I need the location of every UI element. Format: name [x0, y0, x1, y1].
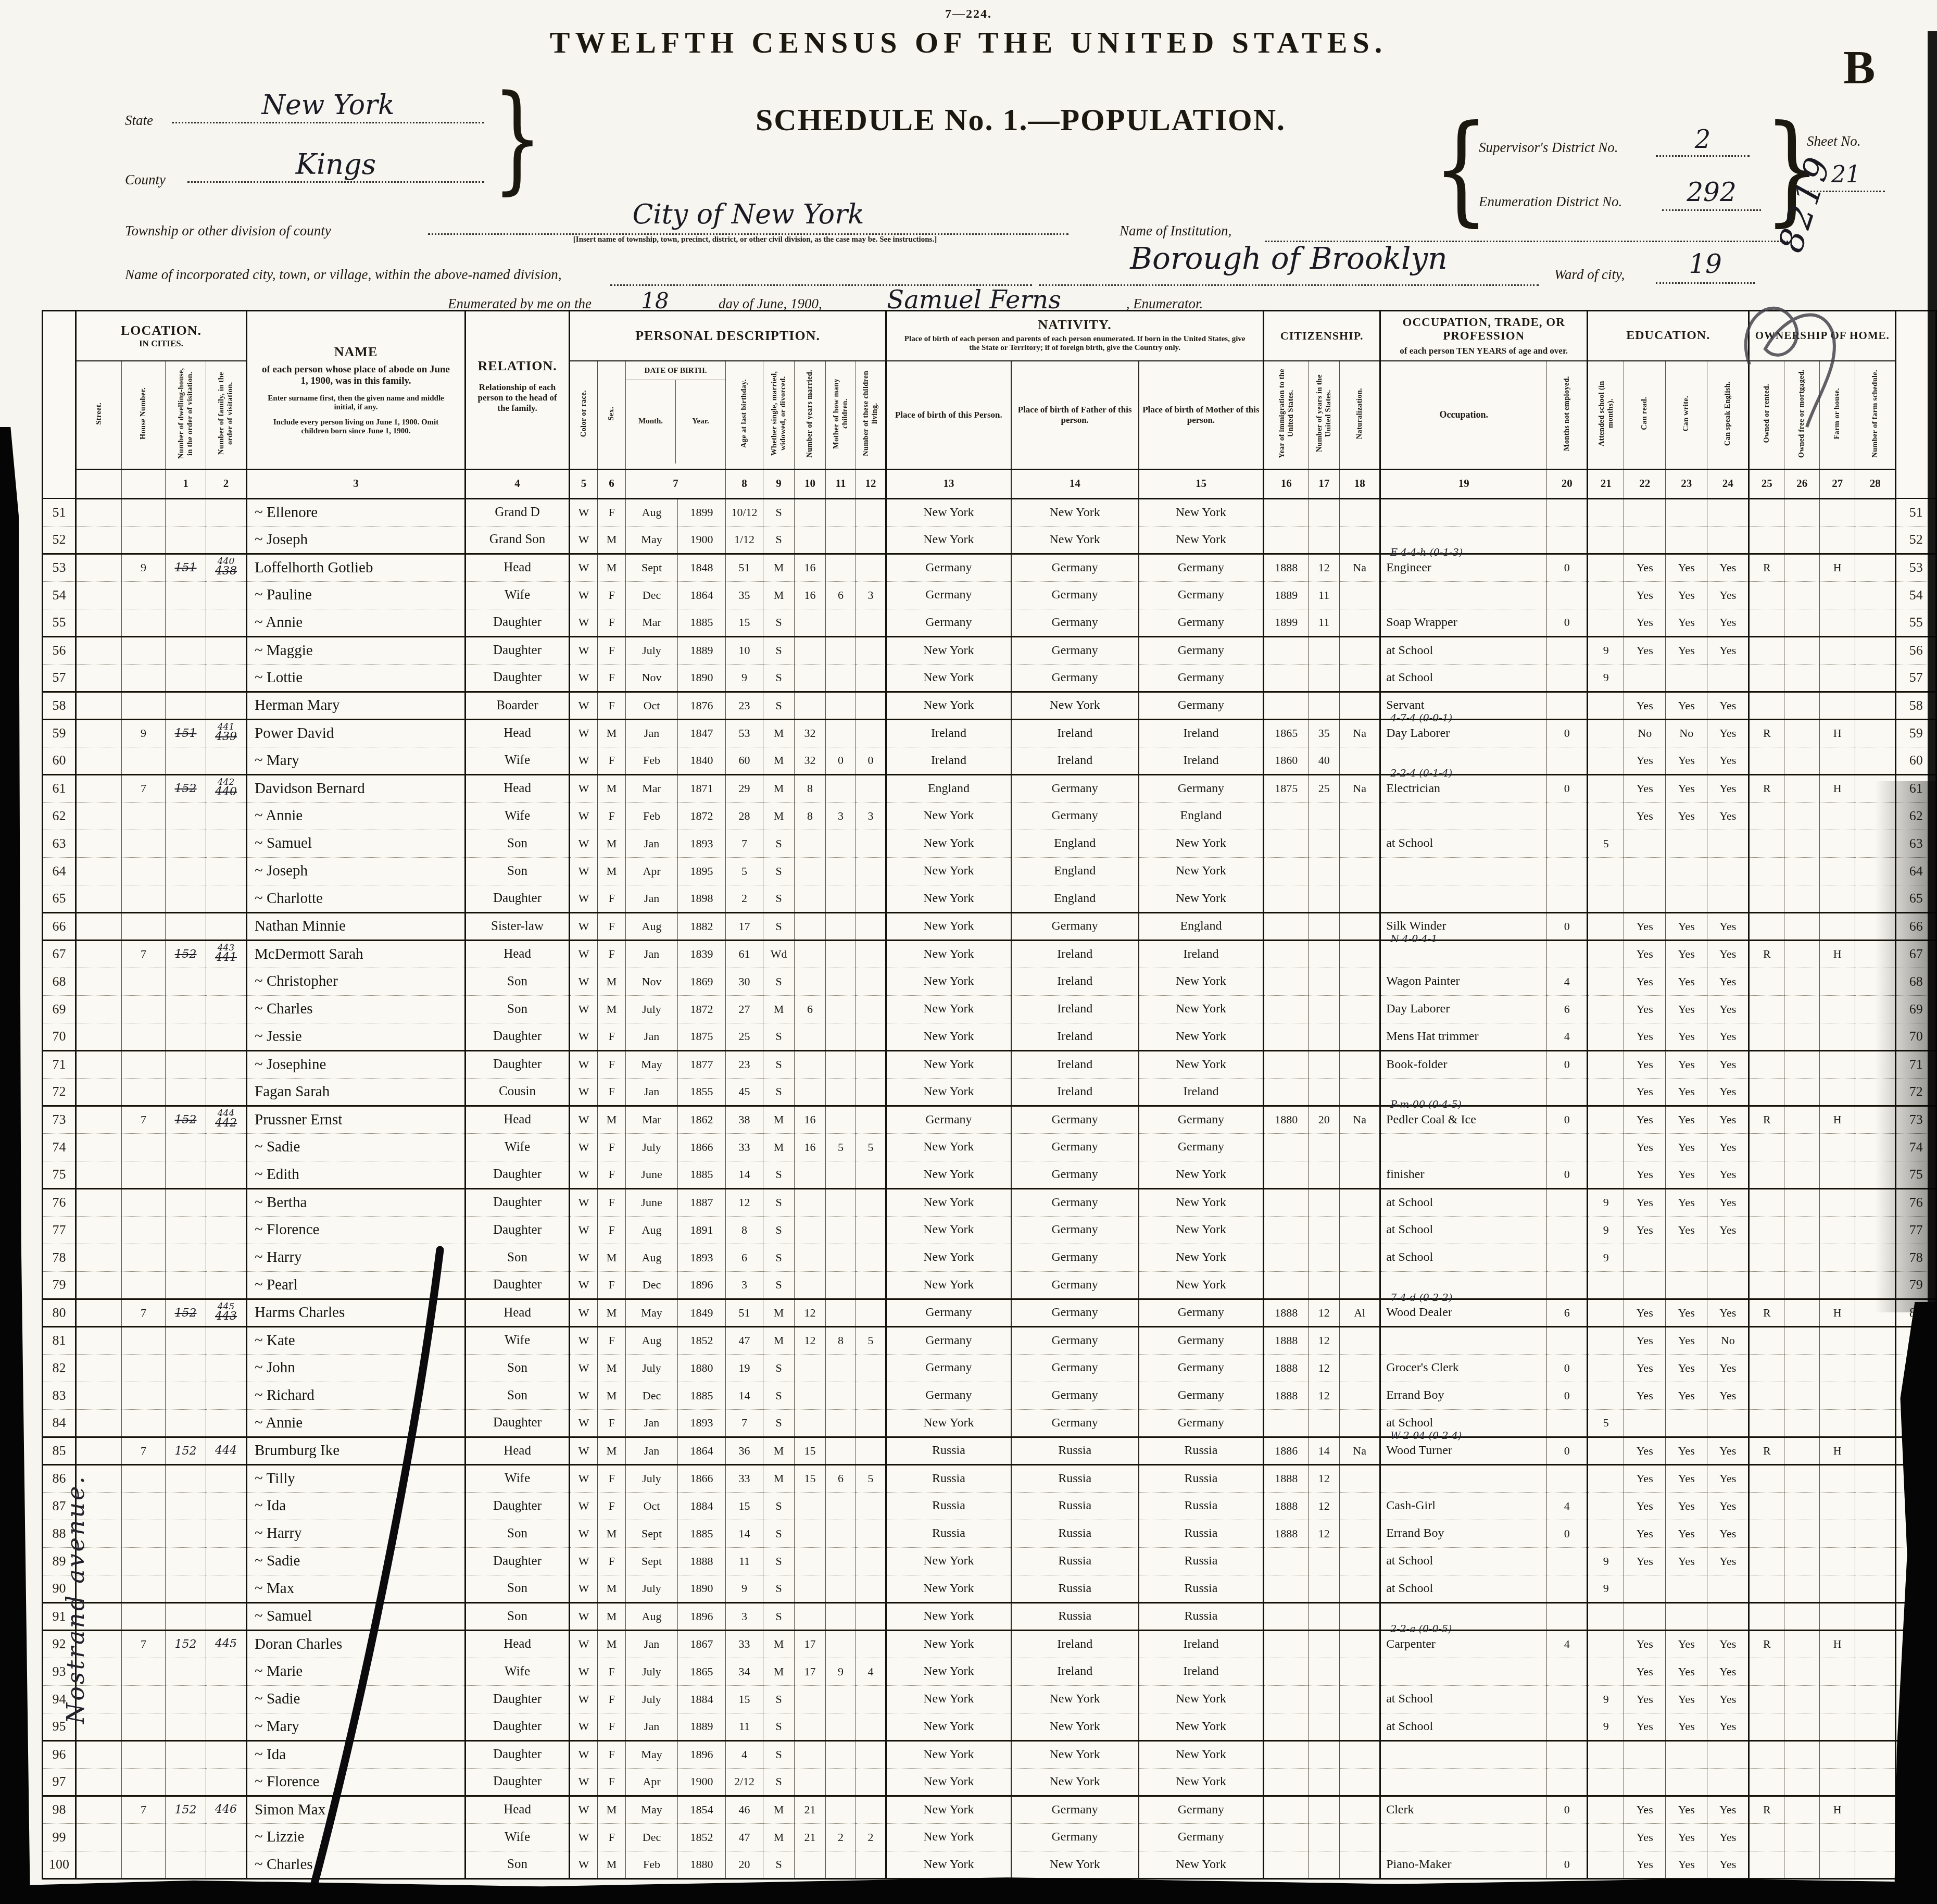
farm-house-cell	[1820, 1575, 1855, 1602]
can-read-cell	[1624, 885, 1666, 912]
children-born-cell	[826, 1188, 856, 1216]
birth-month-cell: Jan	[626, 1713, 678, 1740]
owned-free-mortgaged-cell	[1784, 1133, 1820, 1161]
occupation-cell	[1380, 498, 1547, 526]
birthplace-person-cell: New York	[886, 1216, 1011, 1244]
sex-cell: M	[598, 1575, 626, 1602]
can-write-cell: Yes	[1666, 1299, 1707, 1326]
can-read-cell: Yes	[1624, 1464, 1666, 1492]
age-cell: 36	[726, 1437, 763, 1464]
birth-month-cell: Jan	[626, 1078, 678, 1106]
owned-rented-cell	[1749, 885, 1784, 912]
years-married-cell	[795, 1188, 826, 1216]
marital-status-cell: S	[763, 1520, 795, 1547]
col-farm-house: Farm or house.	[1820, 361, 1855, 469]
table-header: LOCATION. IN CITIES. NAME of each person…	[43, 311, 1936, 499]
years-married-cell	[795, 1602, 826, 1630]
months-not-employed-cell	[1547, 1326, 1588, 1354]
children-born-cell	[826, 857, 856, 885]
age-cell: 30	[726, 968, 763, 995]
naturalization-cell	[1340, 1823, 1380, 1851]
marital-status-cell: M	[763, 1133, 795, 1161]
table-row: 89 ~ Sadie Daughter W F Sept 1888 11 S N…	[43, 1547, 1936, 1575]
years-married-cell	[795, 1023, 826, 1050]
can-speak-english-cell: Yes	[1707, 1188, 1749, 1216]
children-living-cell	[856, 912, 886, 940]
sex-cell: M	[598, 1602, 626, 1630]
children-born-cell	[826, 1382, 856, 1409]
name-desc-3: Include every person living on June 1, 1…	[247, 418, 464, 436]
house-number-cell	[122, 498, 166, 526]
relation-cell: Wife	[466, 581, 570, 609]
birth-month-cell: Sept	[626, 1520, 678, 1547]
birth-month-cell: Feb	[626, 1851, 678, 1878]
birth-month-cell: Mar	[626, 1106, 678, 1133]
children-born-cell	[826, 1740, 856, 1768]
age-cell: 61	[726, 940, 763, 968]
birthplace-mother-cell: Ireland	[1139, 1630, 1264, 1658]
occupation-value: at School	[1386, 1223, 1433, 1236]
name-cell: Brumburg Ike	[247, 1437, 466, 1464]
farm-schedule-cell	[1855, 1354, 1896, 1382]
row-number-left: 76	[43, 1188, 76, 1216]
age-cell: 11	[726, 1547, 763, 1575]
dwelling-number-value: 152	[175, 1638, 197, 1651]
can-speak-english-cell	[1707, 1409, 1749, 1437]
relation-cell: Son	[466, 1602, 570, 1630]
birthplace-mother-cell: New York	[1139, 1851, 1264, 1878]
farm-schedule-cell	[1855, 719, 1896, 747]
years-married-cell: 12	[795, 1299, 826, 1326]
can-speak-english-cell: Yes	[1707, 1106, 1749, 1133]
birthplace-father-cell: Russia	[1011, 1547, 1139, 1575]
can-read-cell	[1624, 664, 1666, 692]
birth-month-cell: Aug	[626, 912, 678, 940]
can-read-cell	[1624, 1740, 1666, 1768]
birthplace-mother-cell: Ireland	[1139, 1658, 1264, 1685]
years-married-cell	[795, 1354, 826, 1382]
family-number-cell	[206, 1409, 247, 1437]
months-not-employed-cell	[1547, 747, 1588, 774]
dwelling-number-value: 152	[175, 948, 197, 961]
occupation-cell: at School	[1380, 636, 1547, 664]
marital-status-cell: S	[763, 1409, 795, 1437]
birth-year-cell: 1899	[678, 498, 726, 526]
nativity-desc: Place of birth of each person and parent…	[887, 333, 1263, 355]
months-not-employed-cell: 0	[1547, 1437, 1588, 1464]
owned-free-label: Owned free or mortgaged.	[1797, 369, 1806, 458]
house-number-label: House Number.	[139, 387, 148, 440]
sex-cell: F	[598, 1161, 626, 1188]
house-number-cell	[122, 1161, 166, 1188]
occupation-value: at School	[1386, 1416, 1433, 1430]
birthplace-person-cell: New York	[886, 526, 1011, 554]
birthplace-mother-cell: New York	[1139, 1161, 1264, 1188]
farm-schedule-cell	[1855, 1326, 1896, 1354]
birth-year-cell: 1898	[678, 885, 726, 912]
owned-free-mortgaged-cell	[1784, 1106, 1820, 1133]
age-cell: 60	[726, 747, 763, 774]
naturalization-cell	[1340, 664, 1380, 692]
months-not-employed-cell	[1547, 1713, 1588, 1740]
age-cell: 7	[726, 830, 763, 857]
county-label: County	[125, 172, 166, 188]
farm-house-cell	[1820, 857, 1855, 885]
dwelling-label: Number of dwelling-house, in the order o…	[177, 365, 194, 462]
can-speak-english-cell	[1707, 526, 1749, 554]
owned-free-mortgaged-cell	[1784, 830, 1820, 857]
occupation-value: at School	[1386, 1554, 1433, 1568]
school-months-cell: 9	[1588, 664, 1624, 692]
months-not-employed-cell: 0	[1547, 912, 1588, 940]
birth-year-cell: 1864	[678, 1437, 726, 1464]
birth-year-cell: 1896	[678, 1602, 726, 1630]
children-born-cell	[826, 1244, 856, 1271]
months-not-employed-cell: 0	[1547, 554, 1588, 581]
years-married-cell	[795, 526, 826, 554]
street-cell	[76, 498, 122, 526]
relation-cell: Head	[466, 774, 570, 802]
can-write-cell: Yes	[1666, 1106, 1707, 1133]
sex-cell: M	[598, 1299, 626, 1326]
birthplace-father-cell: Germany	[1011, 1382, 1139, 1409]
birth-month-cell: Dec	[626, 1271, 678, 1299]
dwelling-number-value: 152	[175, 1445, 197, 1458]
years-in-us-cell	[1309, 526, 1340, 554]
family-number-cell	[206, 1520, 247, 1547]
family-number-cell	[206, 1133, 247, 1161]
can-read-cell: Yes	[1624, 1299, 1666, 1326]
relation-cell: Wife	[466, 1133, 570, 1161]
nativity-title: NATIVITY.	[887, 317, 1263, 333]
children-born-cell	[826, 1354, 856, 1382]
owned-free-mortgaged-cell	[1784, 1409, 1820, 1437]
can-speak-english-cell: Yes	[1707, 1464, 1749, 1492]
farm-schedule-cell	[1855, 1382, 1896, 1409]
birthplace-mother-cell: Ireland	[1139, 940, 1264, 968]
school-months-cell	[1588, 802, 1624, 830]
school-months-cell: 5	[1588, 1409, 1624, 1437]
can-read-cell	[1624, 1602, 1666, 1630]
can-speak-english-cell: Yes	[1707, 1382, 1749, 1409]
occupation-code-annotation: 2-2-a (0-0-5)	[1390, 1623, 1452, 1635]
table-row: 75 ~ Edith Daughter W F June 1885 14 S N…	[43, 1161, 1936, 1188]
owned-rented-cell	[1749, 1768, 1784, 1796]
house-number-cell: 7	[122, 1630, 166, 1658]
farm-house-cell: H	[1820, 719, 1855, 747]
years-in-us-cell: 12	[1309, 1520, 1340, 1547]
children-living-cell	[856, 1050, 886, 1078]
can-speak-english-cell: Yes	[1707, 1299, 1749, 1326]
years-in-us-cell: 12	[1309, 1382, 1340, 1409]
birthplace-father-cell: Germany	[1011, 802, 1139, 830]
years-us-label: Number of years in the United States.	[1315, 365, 1332, 462]
years-in-us-cell	[1309, 968, 1340, 995]
occupation-title: OCCUPATION, TRADE, OR PROFESSION	[1381, 316, 1587, 343]
can-read-cell: Yes	[1624, 1133, 1666, 1161]
years-in-us-cell: 12	[1309, 1492, 1340, 1520]
street-cell	[76, 995, 122, 1023]
naturalization-cell	[1340, 1547, 1380, 1575]
color-cell: W	[570, 1823, 598, 1851]
years-married-cell	[795, 940, 826, 968]
naturalization-cell: Na	[1340, 719, 1380, 747]
sex-cell: F	[598, 1326, 626, 1354]
immigration-year-cell	[1264, 1658, 1309, 1685]
dwelling-number-cell: 152	[166, 1106, 206, 1133]
owned-rented-cell	[1749, 747, 1784, 774]
can-speak-english-cell: Yes	[1707, 1437, 1749, 1464]
occupation-code-annotation: E 4-4-h (0-1-3)	[1390, 547, 1463, 558]
owned-free-mortgaged-cell	[1784, 995, 1820, 1023]
school-months-cell	[1588, 1796, 1624, 1823]
months-not-employed-cell	[1547, 1768, 1588, 1796]
children-born-cell	[826, 1768, 856, 1796]
years-married-cell	[795, 1547, 826, 1575]
house-number-cell: 7	[122, 1299, 166, 1326]
birthplace-person-cell: New York	[886, 1050, 1011, 1078]
sex-cell: F	[598, 1768, 626, 1796]
farm-house-cell	[1820, 1823, 1855, 1851]
immigration-year-cell	[1264, 1216, 1309, 1244]
immigration-year-cell	[1264, 1078, 1309, 1106]
occupation-code-annotation: 7-4-d (0-2-2)	[1390, 1292, 1452, 1304]
color-cell: W	[570, 1244, 598, 1271]
num-21: 21	[1588, 469, 1624, 499]
dwelling-number-cell: 151	[166, 554, 206, 581]
num-26: 26	[1784, 469, 1820, 499]
occupation-cell	[1380, 1823, 1547, 1851]
owned-rented-cell: R	[1749, 940, 1784, 968]
enumeration-field: 292	[1662, 177, 1761, 211]
occupation-value: at School	[1386, 644, 1433, 657]
immigration-year-cell	[1264, 1409, 1309, 1437]
birth-month-cell: June	[626, 1188, 678, 1216]
birthplace-mother-cell: New York	[1139, 995, 1264, 1023]
name-cell: McDermott Sarah	[247, 940, 466, 968]
sex-cell: F	[598, 1547, 626, 1575]
house-number-cell	[122, 1409, 166, 1437]
street-cell	[76, 692, 122, 719]
months-not-employed-cell: 0	[1547, 1161, 1588, 1188]
relation-cell: Daughter	[466, 1768, 570, 1796]
color-cell: W	[570, 1685, 598, 1713]
owned-rented-cell	[1749, 1685, 1784, 1713]
farm-house-cell	[1820, 664, 1855, 692]
can-read-cell: Yes	[1624, 774, 1666, 802]
occupation-cell	[1380, 1658, 1547, 1685]
birth-month-cell: Aug	[626, 498, 678, 526]
birthplace-father-cell: England	[1011, 830, 1139, 857]
relation-cell: Head	[466, 1437, 570, 1464]
num-7: 7	[626, 469, 726, 499]
table-row: 93 ~ Marie Wife W F July 1865 34 M 17 9 …	[43, 1658, 1936, 1685]
occupation-cell: Clerk	[1380, 1796, 1547, 1823]
street-cell	[76, 1354, 122, 1382]
occupation-value: Grocer's Clerk	[1386, 1361, 1459, 1374]
occupation-cell	[1380, 1133, 1547, 1161]
birth-year-cell: 1900	[678, 526, 726, 554]
birthplace-father-cell: Germany	[1011, 664, 1139, 692]
owned-rented-cell: R	[1749, 1299, 1784, 1326]
family-number-cell: 443 441	[206, 940, 247, 968]
col-immigration: Year of immigration to the United States…	[1264, 361, 1309, 469]
occupation-cell: at School	[1380, 1216, 1547, 1244]
marital-status-cell: M	[763, 802, 795, 830]
years-married-cell	[795, 1768, 826, 1796]
color-cell: W	[570, 1740, 598, 1768]
age-cell: 47	[726, 1823, 763, 1851]
dwelling-number-cell	[166, 1078, 206, 1106]
city-value: Borough of Brooklyn	[1130, 241, 1447, 276]
birthplace-father-cell: Germany	[1011, 581, 1139, 609]
birth-month-cell: July	[626, 1133, 678, 1161]
children-born-cell	[826, 940, 856, 968]
sex-cell: M	[598, 968, 626, 995]
name-cell: ~ Christopher	[247, 968, 466, 995]
farm-house-cell	[1820, 1409, 1855, 1437]
marital-status-cell: M	[763, 1796, 795, 1823]
naturalization-cell	[1340, 1078, 1380, 1106]
birth-month-cell: Mar	[626, 774, 678, 802]
supervisor-value: 2	[1695, 125, 1711, 154]
years-in-us-cell	[1309, 1023, 1340, 1050]
num-9: 9	[763, 469, 795, 499]
owned-free-mortgaged-cell	[1784, 1713, 1820, 1740]
immigration-year-cell: 1860	[1264, 747, 1309, 774]
farm-schedule-cell	[1855, 664, 1896, 692]
months-not-employed-cell: 0	[1547, 1520, 1588, 1547]
can-read-cell: Yes	[1624, 1658, 1666, 1685]
table-row: 78 ~ Harry Son W M Aug 1893 6 S New York…	[43, 1244, 1936, 1271]
street-cell	[76, 747, 122, 774]
months-not-employed-cell	[1547, 1823, 1588, 1851]
birth-year-cell: 1891	[678, 1216, 726, 1244]
birth-year-cell: 1847	[678, 719, 726, 747]
owned-free-mortgaged-cell	[1784, 1602, 1820, 1630]
can-read-cell: Yes	[1624, 747, 1666, 774]
birthplace-mother-cell: Russia	[1139, 1547, 1264, 1575]
color-cell: W	[570, 664, 598, 692]
school-months-cell: 9	[1588, 1685, 1624, 1713]
family-number-cell	[206, 1575, 247, 1602]
children-born-cell	[826, 1437, 856, 1464]
owned-rented-cell	[1749, 1216, 1784, 1244]
school-months-cell	[1588, 1382, 1624, 1409]
owned-free-mortgaged-cell	[1784, 1050, 1820, 1078]
num-24: 24	[1707, 469, 1749, 499]
occupation-value: at School	[1386, 1196, 1433, 1209]
can-read-cell: Yes	[1624, 912, 1666, 940]
can-read-cell: Yes	[1624, 1161, 1666, 1188]
children-born-cell	[826, 995, 856, 1023]
birthplace-person-cell: New York	[886, 1244, 1011, 1271]
owned-free-mortgaged-cell	[1784, 1685, 1820, 1713]
owned-rented-cell	[1749, 1520, 1784, 1547]
dwelling-number-cell: 152	[166, 1796, 206, 1823]
farm-schedule-cell	[1855, 1437, 1896, 1464]
row-number-left: 58	[43, 692, 76, 719]
group-personal-description: PERSONAL DESCRIPTION.	[570, 311, 886, 361]
birth-month-cell: July	[626, 1658, 678, 1685]
birthplace-mother-cell: New York	[1139, 1740, 1264, 1768]
birth-month-cell: Jan	[626, 1630, 678, 1658]
can-speak-english-cell	[1707, 885, 1749, 912]
birthplace-person-cell: Russia	[886, 1464, 1011, 1492]
birth-month-cell: May	[626, 1740, 678, 1768]
birthplace-person-cell: Germany	[886, 1299, 1011, 1326]
years-in-us-cell	[1309, 830, 1340, 857]
months-not-employed-cell	[1547, 1658, 1588, 1685]
house-number-cell	[122, 1271, 166, 1299]
owned-free-mortgaged-cell	[1784, 719, 1820, 747]
years-in-us-cell: 11	[1309, 581, 1340, 609]
can-write-cell: Yes	[1666, 1382, 1707, 1409]
family-number-cell	[206, 1685, 247, 1713]
house-number-cell	[122, 636, 166, 664]
children-living-cell: 2	[856, 1823, 886, 1851]
relation-cell: Wife	[466, 802, 570, 830]
street-cell	[76, 526, 122, 554]
birthplace-father-cell: Germany	[1011, 1299, 1139, 1326]
street-cell	[76, 857, 122, 885]
naturalization-cell: Na	[1340, 774, 1380, 802]
age-cell: 45	[726, 1078, 763, 1106]
can-read-cell: Yes	[1624, 1713, 1666, 1740]
table-row: 65 ~ Charlotte Daughter W F Jan 1898 2 S…	[43, 885, 1936, 912]
age-cell: 14	[726, 1520, 763, 1547]
supervisor-label: Supervisor's District No.	[1479, 140, 1618, 156]
years-in-us-cell	[1309, 498, 1340, 526]
owned-rented-cell	[1749, 1188, 1784, 1216]
family-number-cell	[206, 1713, 247, 1740]
county-value: Kings	[296, 148, 376, 181]
sex-cell: F	[598, 1050, 626, 1078]
birthplace-father-cell: Germany	[1011, 1823, 1139, 1851]
birthplace-person-cell: Germany	[886, 1382, 1011, 1409]
immigration-year-cell: 1886	[1264, 1437, 1309, 1464]
dwelling-number-value: 151	[175, 561, 197, 574]
occupation-cell: at School	[1380, 830, 1547, 857]
children-born-cell: 2	[826, 1823, 856, 1851]
marital-status-cell: S	[763, 1492, 795, 1520]
street-cell	[76, 1823, 122, 1851]
num-14: 14	[1011, 469, 1139, 499]
name-cell: Herman Mary	[247, 692, 466, 719]
years-in-us-cell	[1309, 1078, 1340, 1106]
family-number-original: 445	[206, 1638, 246, 1650]
children-living-cell	[856, 1188, 886, 1216]
immigration-year-cell	[1264, 1547, 1309, 1575]
owned-rented-cell	[1749, 636, 1784, 664]
can-write-cell: Yes	[1666, 1685, 1707, 1713]
street-cell	[76, 774, 122, 802]
city-label: Name of incorporated city, town, or vill…	[125, 267, 561, 283]
age-cell: 7	[726, 1409, 763, 1437]
birthplace-mother-cell: Germany	[1139, 774, 1264, 802]
name-cell: Simon Max	[247, 1796, 466, 1823]
farm-house-cell	[1820, 1326, 1855, 1354]
county-field: Kings	[187, 148, 484, 183]
color-cell: W	[570, 1520, 598, 1547]
months-not-employed-cell	[1547, 1602, 1588, 1630]
family-number-cell	[206, 1823, 247, 1851]
name-cell: ~ Charles	[247, 1851, 466, 1878]
birthplace-father-cell: Germany	[1011, 1244, 1139, 1271]
children-born-cell	[826, 968, 856, 995]
farm-house-cell	[1820, 1520, 1855, 1547]
can-write-cell: Yes	[1666, 1464, 1707, 1492]
